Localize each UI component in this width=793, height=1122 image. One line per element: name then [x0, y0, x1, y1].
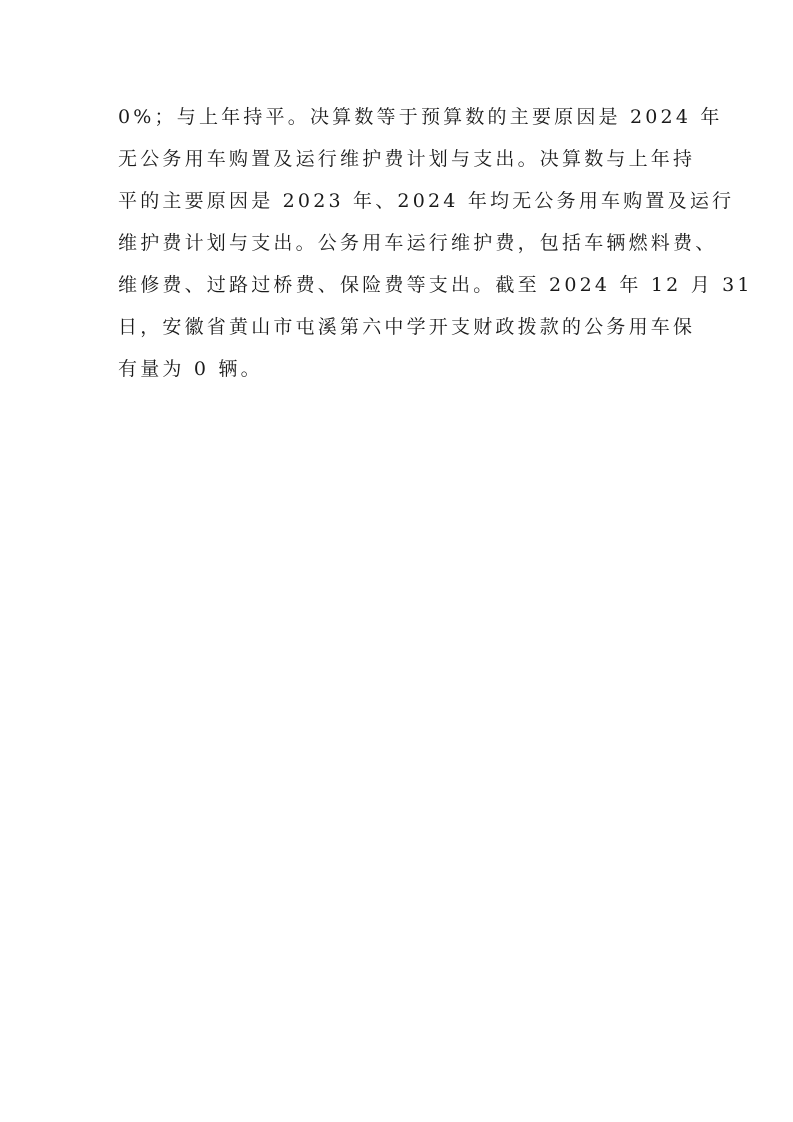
- paragraph-line-2: 无公务用车购置及运行维护费计划与支出。决算数与上年持: [118, 142, 678, 184]
- document-page: 0%；与上年持平。决算数等于预算数的主要原因是 2024 年 无公务用车购置及运…: [0, 0, 793, 1122]
- paragraph-line-7: 有量为 0 辆。: [118, 352, 678, 394]
- paragraph-line-5: 维修费、过路过桥费、保险费等支出。截至 2024 年 12 月 31: [118, 268, 678, 310]
- paragraph-line-3: 平的主要原因是 2023 年、2024 年均无公务用车购置及运行: [118, 184, 678, 226]
- paragraph-line-4: 维护费计划与支出。公务用车运行维护费，包括车辆燃料费、: [118, 226, 678, 268]
- body-paragraph: 0%；与上年持平。决算数等于预算数的主要原因是 2024 年 无公务用车购置及运…: [118, 100, 678, 394]
- paragraph-line-1: 0%；与上年持平。决算数等于预算数的主要原因是 2024 年: [118, 100, 678, 142]
- paragraph-line-6: 日，安徽省黄山市屯溪第六中学开支财政拨款的公务用车保: [118, 310, 678, 352]
